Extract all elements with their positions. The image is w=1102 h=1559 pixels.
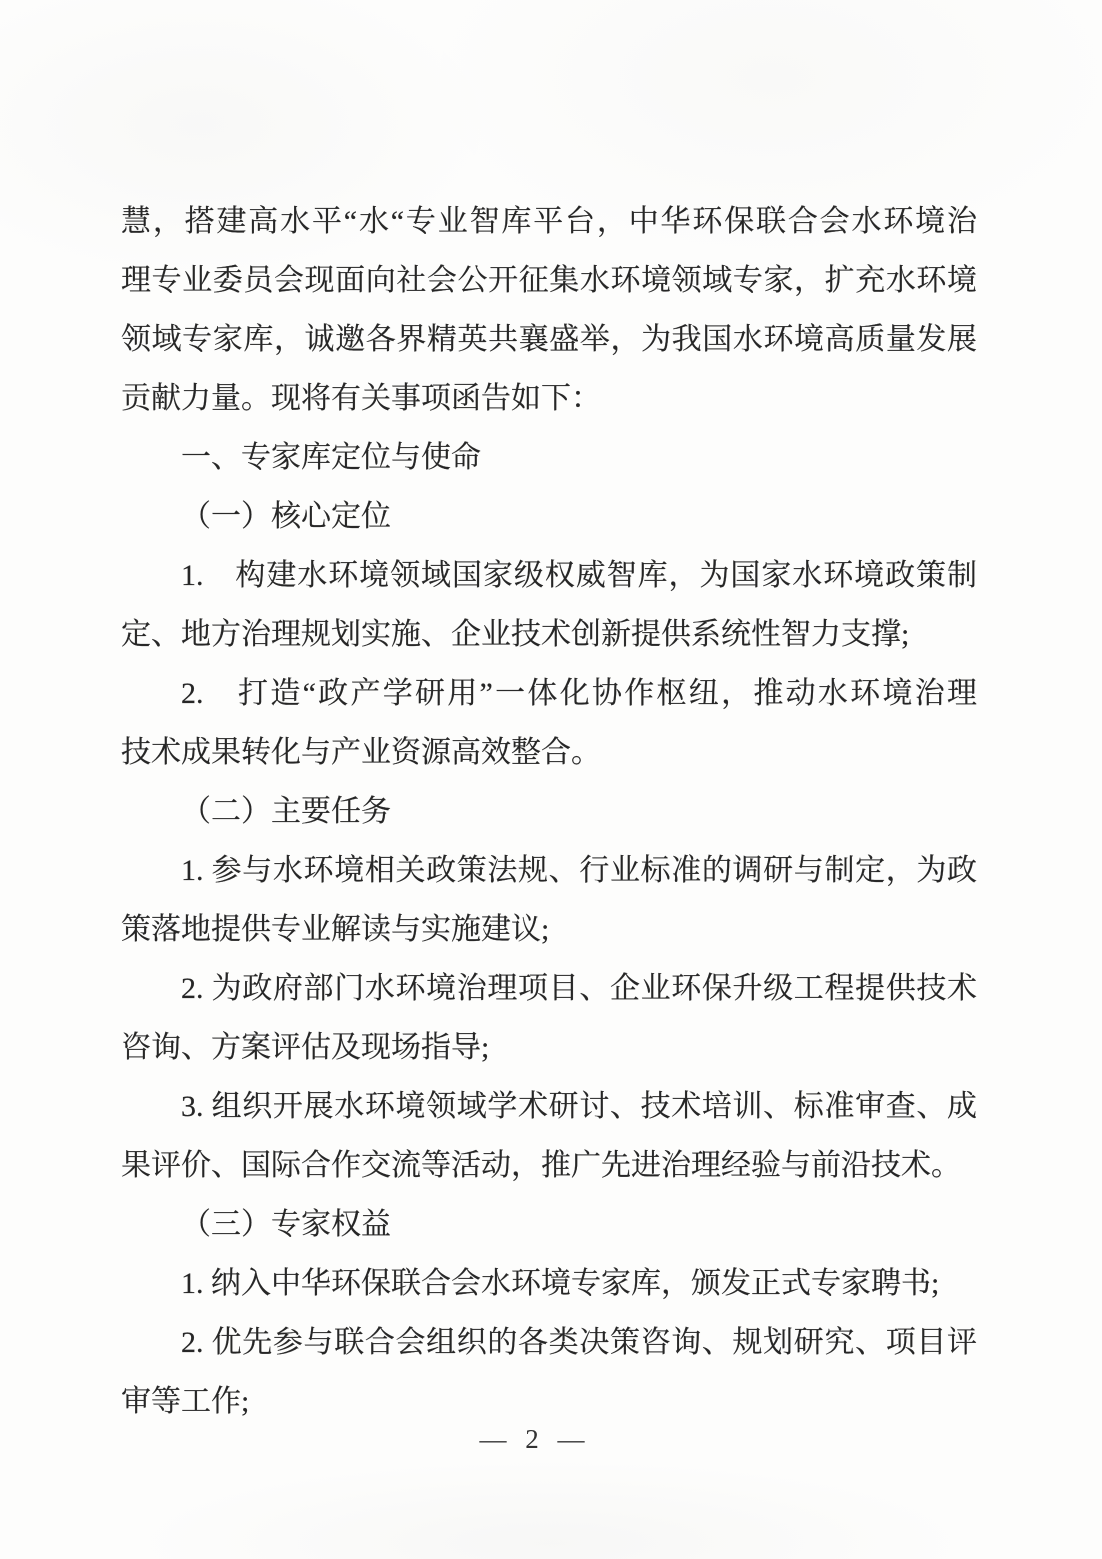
text-line: 1. 参与水环境相关政策法规、行业标准的调研与制定，为政 xyxy=(121,841,977,900)
text-line: 2. 为政府部门水环境治理项目、企业环保升级工程提供技术 xyxy=(121,959,977,1018)
text-line: 果评价、国际合作交流等活动，推广先进治理经验与前沿技术。 xyxy=(121,1136,977,1195)
text-line: 2. 打造“政产学研用”一体化协作枢纽，推动水环境治理 xyxy=(121,664,977,723)
text-line: 慧，搭建高水平“水“专业智库平台，中华环保联合会水环境治 xyxy=(121,192,977,251)
document-body: 慧，搭建高水平“水“专业智库平台，中华环保联合会水环境治 理专业委员会现面向社会… xyxy=(121,192,977,1431)
text-line: 理专业委员会现面向社会公开征集水环境领域专家，扩充水环境 xyxy=(121,251,977,310)
section-heading: 一、专家库定位与使命 xyxy=(121,428,977,487)
subsection-heading: （二）主要任务 xyxy=(121,782,977,841)
subsection-heading: （三）专家权益 xyxy=(121,1195,977,1254)
text-line: 审等工作; xyxy=(121,1372,977,1431)
text-line: 领域专家库，诚邀各界精英共襄盛举，为我国水环境高质量发展 xyxy=(121,310,977,369)
page-number: — 2 — xyxy=(0,1424,1086,1455)
text-line: 贡献力量。现将有关事项函告如下： xyxy=(121,369,977,428)
subsection-heading: （一）核心定位 xyxy=(121,487,977,546)
text-line: 1. 构建水环境领域国家级权威智库，为国家水环境政策制 xyxy=(121,546,977,605)
text-line: 1. 纳入中华环保联合会水环境专家库，颁发正式专家聘书; xyxy=(121,1254,977,1313)
text-line: 定、地方治理规划实施、企业技术创新提供系统性智力支撑; xyxy=(121,605,977,664)
text-line: 策落地提供专业解读与实施建议; xyxy=(121,900,977,959)
text-line: 咨询、方案评估及现场指导; xyxy=(121,1018,977,1077)
text-line: 3. 组织开展水环境领域学术研讨、技术培训、标准审查、成 xyxy=(121,1077,977,1136)
text-line: 技术成果转化与产业资源高效整合。 xyxy=(121,723,977,782)
text-line: 2. 优先参与联合会组织的各类决策咨询、规划研究、项目评 xyxy=(121,1313,977,1372)
document-page: 慧，搭建高水平“水“专业智库平台，中华环保联合会水环境治 理专业委员会现面向社会… xyxy=(0,0,1102,1559)
